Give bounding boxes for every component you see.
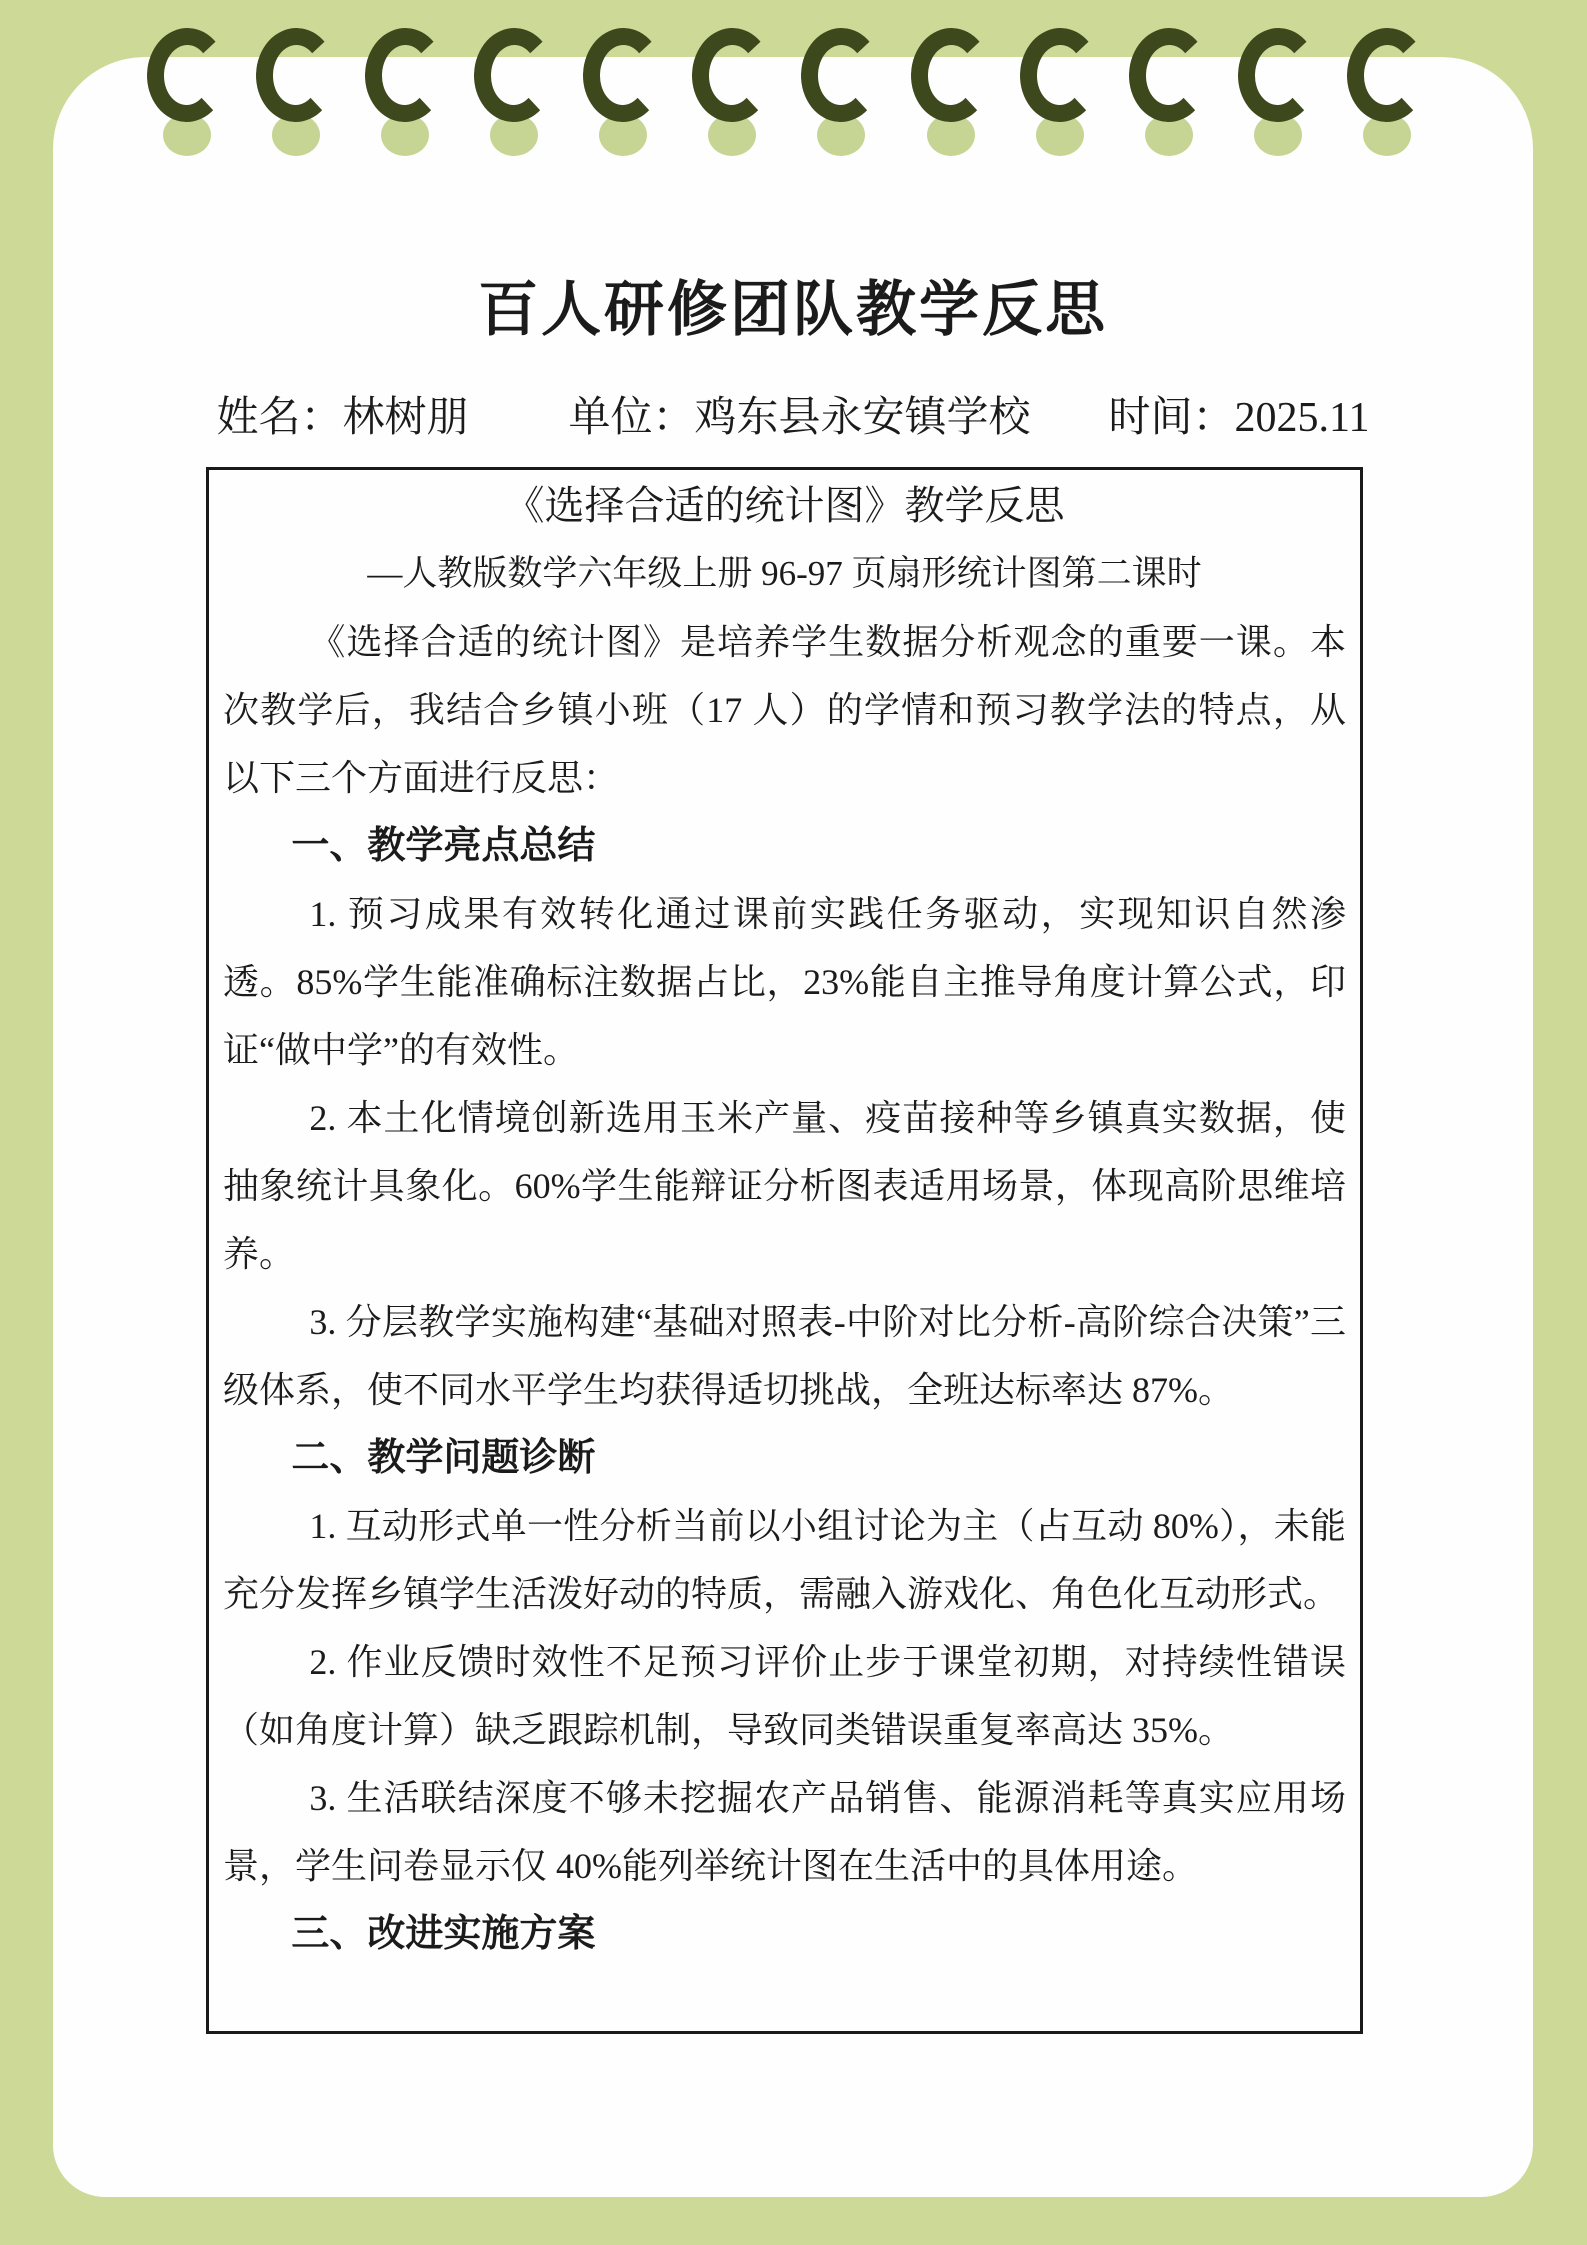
spiral-ring [801,28,881,198]
ring-wire-icon [582,27,665,124]
spiral-ring [256,28,336,198]
section-1-paragraph: 1. 预习成果有效转化通过课前实践任务驱动，实现知识自然渗透。85%学生能准确标… [223,880,1346,1084]
meta-unit: 单位：鸡东县永安镇学校 [569,391,1031,445]
section-2-paragraph: 2. 作业反馈时效性不足预习评价止步于课堂初期，对持续性错误（如角度计算）缺乏跟… [223,1628,1346,1764]
ring-wire-icon [691,27,774,124]
section-heading-2: 二、教学问题诊断 [223,1424,1346,1492]
ring-wire-icon [473,27,556,124]
spiral-ring [911,28,991,198]
reflection-intro: 《选择合适的统计图》是培养学生数据分析观念的重要一课。本次教学后，我结合乡镇小班… [223,608,1346,812]
section-1-paragraph: 3. 分层教学实施构建“基础对照表-中阶对比分析-高阶综合决策”三级体系，使不同… [223,1288,1346,1424]
section-2-paragraph: 3. 生活联结深度不够未挖掘农产品销售、能源消耗等真实应用场景，学生问卷显示仅 … [223,1764,1346,1900]
meta-name: 姓名：林树朋 [217,391,469,445]
ring-wire-icon [1127,27,1210,124]
spiral-ring [147,28,227,198]
ring-wire-icon [1236,27,1319,124]
ring-wire-icon [1018,27,1101,124]
section-1-paragraph: 2. 本土化情境创新选用玉米产量、疫苗接种等乡镇真实数据，使抽象统计具象化。60… [223,1084,1346,1288]
section-heading-1: 一、教学亮点总结 [223,812,1346,880]
ring-wire-icon [364,27,447,124]
spiral-ring [365,28,445,198]
section-2-paragraph: 1. 互动形式单一性分析当前以小组讨论为主（占互动 80%），未能充分发挥乡镇学… [223,1492,1346,1628]
reflection-subtitle: —人教版数学六年级上册 96-97 页扇形统计图第二课时 [223,540,1346,608]
ring-wire-icon [800,27,883,124]
reflection-title: 《选择合适的统计图》教学反思 [223,472,1346,540]
spiral-binding [147,28,1427,198]
spiral-ring [692,28,772,198]
document-title: 百人研修团队教学反思 [53,275,1533,345]
meta-time: 时间：2025.11 [1109,391,1370,445]
ring-wire-icon [145,27,228,124]
ring-wire-icon [909,27,992,124]
spiral-ring [1347,28,1427,198]
spiral-ring [583,28,663,198]
reflection-box: 《选择合适的统计图》教学反思 —人教版数学六年级上册 96-97 页扇形统计图第… [206,467,1363,2034]
ring-wire-icon [1345,27,1428,124]
meta-line: 姓名：林树朋 单位：鸡东县永安镇学校 时间：2025.11 [53,391,1533,445]
ring-wire-icon [254,27,337,124]
notebook-background: 百人研修团队教学反思 姓名：林树朋 单位：鸡东县永安镇学校 时间：2025.11… [0,0,1587,2245]
spiral-ring [1129,28,1209,198]
spiral-ring [474,28,554,198]
spiral-ring [1020,28,1100,198]
spiral-ring [1238,28,1318,198]
notebook-page: 百人研修团队教学反思 姓名：林树朋 单位：鸡东县永安镇学校 时间：2025.11… [53,57,1533,2197]
section-heading-3: 三、改进实施方案 [223,1900,1346,1968]
